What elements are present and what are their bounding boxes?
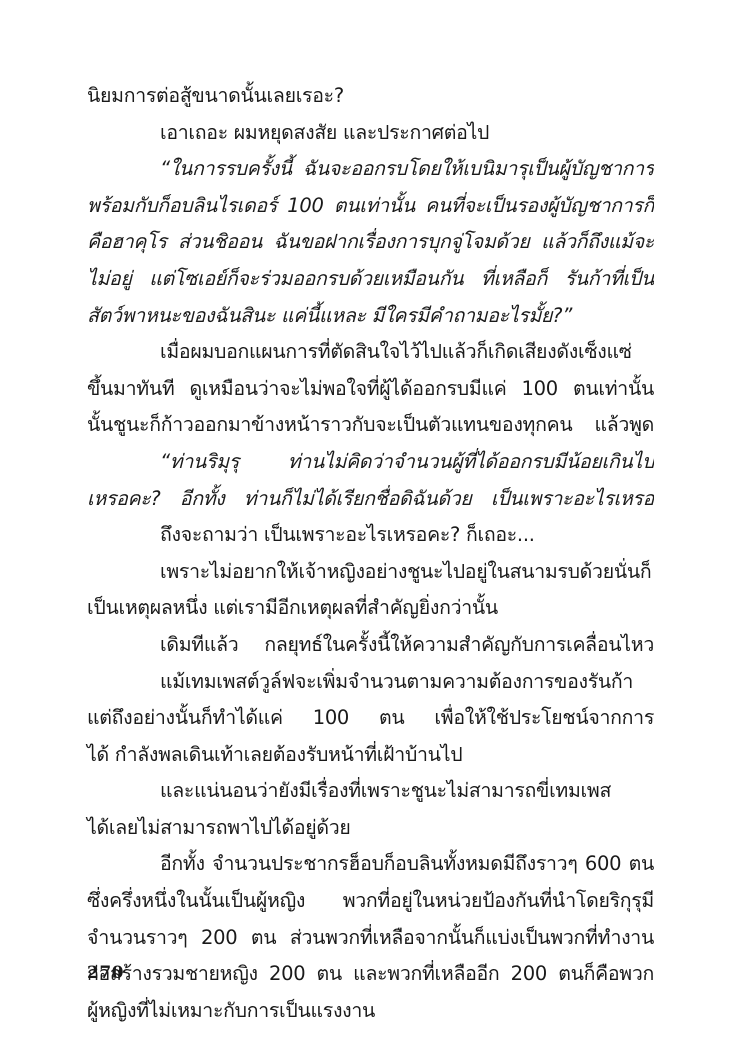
text-line: แม้เทมเพสต์วูล์ฟจะเพิ่มจำนวนตามความต้องก…: [87, 664, 654, 701]
text-line: ขึ้นมาทันที ดูเหมือนว่าจะไม่พอใจที่ผู้ได…: [87, 371, 654, 408]
text-line: ได้เลยไม่สามารถพาไปได้อยู่ด้วย: [87, 810, 654, 847]
text-line: เป็นเหตุผลหนึ่ง แต่เรามีอีกเหตุผลที่สำคั…: [87, 590, 654, 627]
text-line: อีกทั้ง จำนวนประชากรฮ็อบก็อบลินทั้งหมดมี…: [87, 846, 654, 883]
text-line: และแน่นอนว่ายังมีเรื่องที่เพราะชูนะไม่สา…: [87, 773, 654, 810]
page-body: นิยมการต่อสู้ขนาดนั้นเลยเรอะ?เอาเถอะ ผมห…: [87, 78, 654, 1029]
text-line: จำนวนราวๆ 200 ตน ส่วนพวกที่เหลือจากนั้นก…: [87, 920, 654, 957]
text-line: เพราะไม่อยากให้เจ้าหญิงอย่างชูนะไปอยู่ใน…: [87, 554, 654, 591]
dialogue-line: “ในการรบครั้งนี้ ฉันจะออกรบโดยให้เบนิมาร…: [87, 151, 654, 188]
page-number: 270: [87, 963, 124, 983]
dialogue-line: เหรอคะ? อีกทั้ง ท่านก็ไม่ได้เรียกชื่อดิฉ…: [87, 481, 654, 518]
text-line: นั้นชูนะก็ก้าวออกมาข้างหน้าราวกับจะเป็นต…: [87, 407, 654, 444]
text-line: ก่อสร้างรวมชายหญิง 200 ตน และพวกที่เหลือ…: [87, 956, 654, 993]
text-line: เมื่อผมบอกแผนการที่ตัดสินใจไว้ไปแล้วก็เก…: [87, 334, 654, 371]
text-line: ซึ่งครึ่งหนึ่งในนั้นเป็นผู้หญิง พวกที่อย…: [87, 883, 654, 920]
text-line: ถึงจะถามว่า เป็นเพราะอะไรเหรอคะ? ก็เถอะ.…: [87, 517, 654, 554]
dialogue-line: ไม่อยู่ แต่โซเอย์ก็จะร่วมออกรบด้วยเหมือน…: [87, 261, 654, 298]
text-line: ได้ กำลังพลเดินเท้าเลยต้องรับหน้าที่เฝ้า…: [87, 737, 654, 774]
dialogue-line: สัตว์พาหนะของฉันสินะ แค่นี้แหละ มีใครมีค…: [87, 298, 654, 335]
dialogue-line: “ท่านริมุรุ ท่านไม่คิดว่าจำนวนผู้ที่ได้อ…: [87, 444, 654, 481]
text-line: นิยมการต่อสู้ขนาดนั้นเลยเรอะ?: [87, 78, 654, 115]
dialogue-line: คือฮาคุโร ส่วนชิออน ฉันขอฝากเรื่องการบุก…: [87, 224, 654, 261]
dialogue-line: พร้อมกับก็อบลินไรเดอร์ 100 ตนเท่านั้น คน…: [87, 188, 654, 225]
text-line: เอาเถอะ ผมหยุดสงสัย และประกาศต่อไป: [87, 115, 654, 152]
text-line: ผู้หญิงที่ไม่เหมาะกับการเป็นแรงงาน: [87, 993, 654, 1030]
text-line: เดิมทีแล้ว กลยุทธ์ในครั้งนี้ให้ความสำคัญ…: [87, 627, 654, 664]
text-line: แต่ถึงอย่างนั้นก็ทำได้แค่ 100 ตน เพื่อให…: [87, 700, 654, 737]
